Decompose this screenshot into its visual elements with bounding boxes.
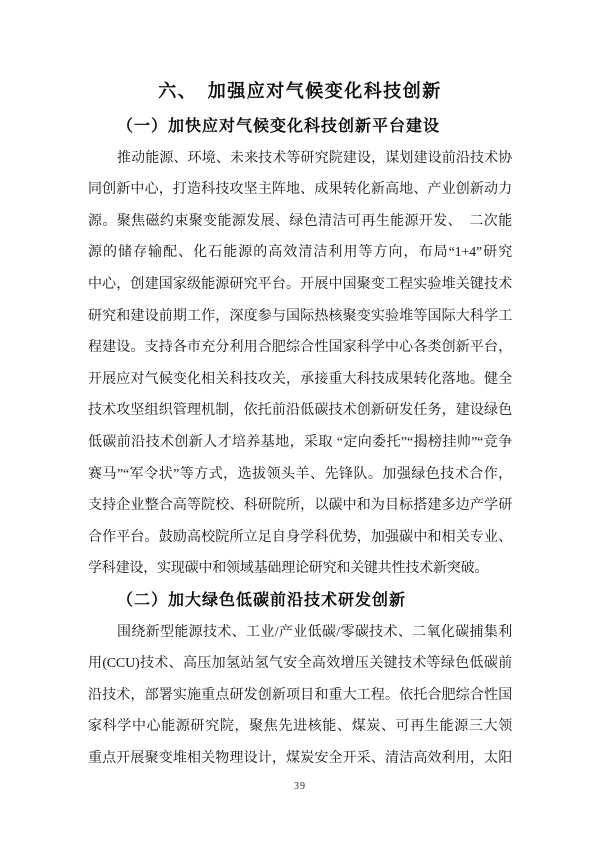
text-line: 低碳前沿技术创新人才培养基地，采取 “定向委托”“揭榜挂帅”“竞争 [88,427,512,459]
text-line: 合作平台。鼓励高校院所立足自身学科优势，加强碳中和相关专业、 [88,522,512,554]
text-line: 重点开展聚变堆相关物理设计，煤炭安全开采、清洁高效利用，太阳 [88,743,512,775]
text-line: 同创新中心，打造科技攻坚主阵地、成果转化新高地、产业创新动力 [88,174,512,206]
text-line: 研究和建设前期工作，深度参与国际热核聚变实验堆等国际大科学工 [88,301,512,333]
text-line: 支持企业整合高等院校、科研院所，以碳中和为目标搭建多边产学研 [88,490,512,522]
document-page: 六、 加强应对气候变化科技创新 （一）加快应对气候变化科技创新平台建设 推动能源… [0,0,600,848]
section-1-paragraph: 推动能源、环境、未来技术等研究院建设，谋划建设前沿技术协 同创新中心，打造科技攻… [88,143,512,585]
text-line: 中心，创建国家级能源研究平台。开展中国聚变工程实验堆关键技术 [88,269,512,301]
text-line: 家科学中心能源研究院，聚焦先进核能、煤炭、可再生能源三大领域， [88,711,512,743]
text-line: 技术攻坚组织管理机制，依托前沿低碳技术创新研发任务，建设绿色 [88,395,512,427]
page-content: 六、 加强应对气候变化科技创新 （一）加快应对气候变化科技创新平台建设 推动能源… [88,72,512,774]
section-2-paragraph: 围绕新型能源技术、工业/产业低碳/零碳技术、二氧化碳捕集利 用(CCU)技术、高… [88,617,512,775]
text-line: 推动能源、环境、未来技术等研究院建设，谋划建设前沿技术协 [88,143,512,175]
text-line: 源。聚焦磁约束聚变能源发展、绿色清洁可再生能源开发、 二次能 [88,206,512,238]
text-line: 程建设。支持各市充分利用合肥综合性国家科学中心各类创新平台， [88,332,512,364]
text-line: 围绕新型能源技术、工业/产业低碳/零碳技术、二氧化碳捕集利 [88,617,512,649]
chapter-title: 六、 加强应对气候变化科技创新 [88,72,512,111]
text-line: 用(CCU)技术、高压加氢站氢气安全高效增压关键技术等绿色低碳前 [88,648,512,680]
text-line: 沿技术，部署实施重点研发创新项目和重大工程。依托合肥综合性国 [88,680,512,712]
text-line: 赛马”“军令状”等方式，选拔领头羊、先锋队。加强绿色技术合作， [88,459,512,491]
text-line: 开展应对气候变化相关科技攻关，承接重大科技成果转化落地。健全 [88,364,512,396]
section-1-heading: （一）加快应对气候变化科技创新平台建设 [88,111,512,143]
page-number: 39 [0,781,600,792]
text-line: 源的储存输配、化石能源的高效清洁利用等方向，布局“1+4”研究 [88,237,512,269]
section-2-heading: （二）加大绿色低碳前沿技术研发创新 [88,585,512,617]
text-line: 学科建设，实现碳中和领域基础理论研究和关键共性技术新突破。 [88,553,512,585]
